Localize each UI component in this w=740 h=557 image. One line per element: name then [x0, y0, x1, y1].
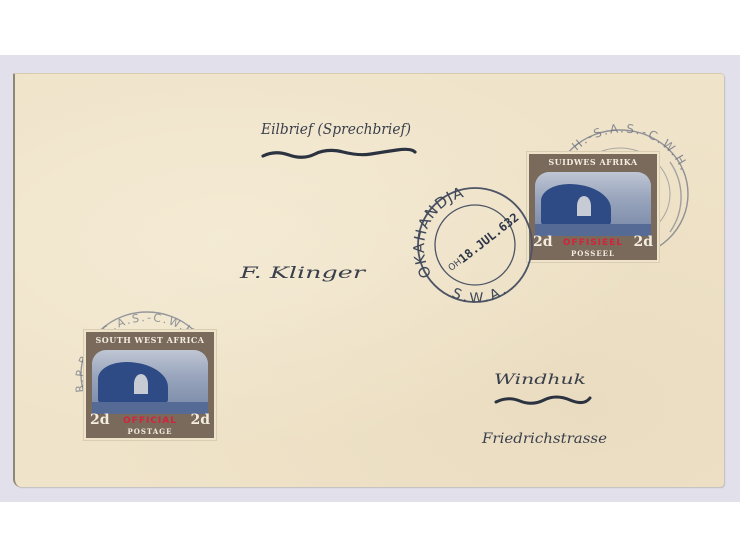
svg-text:Eilbrief (Sprechbrief): Eilbrief (Sprechbrief) — [260, 120, 411, 138]
stamp-bottom-text: POSTAGE — [106, 427, 194, 436]
stamp-south-west-africa: SOUTH WEST AFRICA 2d 2d OFFICIAL POSTAGE — [84, 330, 216, 440]
stamp-overprint: OFFICIAL — [86, 416, 214, 426]
handwritten-street: Friedrichstrasse — [478, 415, 618, 460]
svg-text:Friedrichstrasse: Friedrichstrasse — [481, 431, 607, 447]
okahandja-postmark: OKAHANDJA S.W.A. OH 18.JUL.632 — [410, 180, 540, 310]
handwritten-city: Windhuk — [490, 362, 600, 412]
arch-opening — [134, 374, 148, 394]
rock-arch-image — [98, 362, 168, 404]
svg-text:F. Klinger: F. Klinger — [238, 263, 367, 282]
stamp-country-text: SOUTH WEST AFRICA — [89, 334, 211, 347]
handwritten-service-note: Eilbrief (Sprechbrief) — [255, 112, 425, 167]
stamp-vignette-rock-arch — [92, 350, 208, 414]
handwritten-addressee: F. Klinger — [238, 248, 378, 298]
svg-text:Windhuk: Windhuk — [494, 372, 586, 388]
postmark-overlay-right — [520, 112, 700, 282]
svg-text:18.JUL.632: 18.JUL.632 — [456, 210, 522, 266]
